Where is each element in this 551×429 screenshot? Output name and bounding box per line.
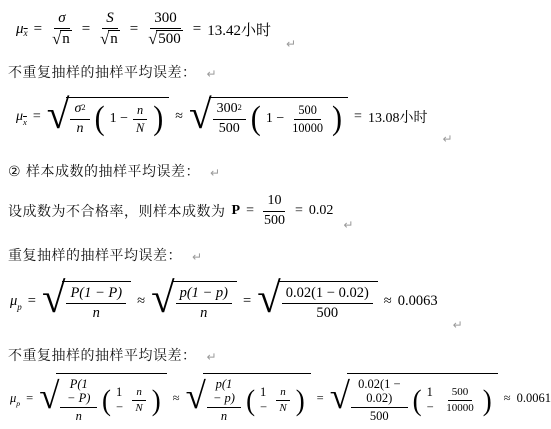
denominator: n — [72, 408, 86, 423]
equals-sign: = — [33, 21, 43, 38]
square-root: √ σ2 n ( 1 − n N ) — [47, 97, 169, 136]
radical-icon: √ — [151, 282, 174, 316]
approx-sign: ≈ — [174, 109, 184, 125]
numerator: p(1 − p) — [176, 285, 232, 304]
equals-sign: = — [245, 203, 255, 219]
return-mark-icon: ↵ — [343, 219, 353, 233]
fraction: 10 500 — [260, 193, 289, 228]
return-mark-icon: ↵ — [453, 319, 463, 333]
fraction: S √n — [96, 10, 124, 49]
mu-symbol: μp — [10, 293, 22, 310]
one-minus: 1 − — [427, 385, 439, 415]
radicand: 500 — [156, 30, 183, 48]
equals-sign: = — [242, 293, 252, 310]
square-root: √ p(1 − p) n ( 1 − n N ) — [186, 373, 311, 423]
mu-glyph: μ — [16, 109, 23, 125]
mu-symbol: μx — [16, 109, 27, 125]
numerator-base: σ — [74, 101, 81, 117]
radical-icon: √ — [330, 381, 350, 411]
mu-subscript: p — [17, 303, 22, 312]
numerator: 0.02(1 − 0.02) — [351, 377, 408, 408]
fraction: P(1 − P) n — [60, 377, 97, 423]
radicand: n — [60, 30, 72, 48]
exponent: 2 — [81, 104, 85, 112]
radical-icon: √ — [39, 381, 59, 411]
result-value: 13.42小时 — [207, 19, 271, 40]
proportion-definition-line: 设成数为不合格率，则样本成数为 P = 10 500 = 0.02 ↵ — [8, 189, 551, 233]
heading-item2-proportion: ② 样本成数的抽样平均误差： ↵ — [8, 161, 551, 181]
fraction: n N — [275, 386, 290, 414]
radicand: n — [108, 30, 120, 48]
numerator: P(1 − P) — [66, 285, 126, 304]
return-mark-icon: ↵ — [442, 133, 452, 147]
one-minus: 1 − — [266, 111, 284, 127]
denominator: n — [217, 408, 231, 423]
return-mark-icon: ↵ — [207, 351, 217, 365]
radical-icon: √ — [257, 282, 280, 316]
numerator: σ — [54, 10, 69, 29]
right-paren: ) — [151, 389, 162, 410]
approx-sign: ≈ — [136, 293, 146, 310]
small-radical: √500 — [148, 30, 183, 48]
numerator: S — [102, 10, 118, 29]
right-paren: ) — [152, 107, 164, 131]
left-paren: ( — [245, 389, 256, 410]
numerator: n — [133, 103, 147, 119]
denominator: 500 — [366, 408, 393, 423]
result-value: 13.08小时 — [368, 107, 428, 127]
mu-glyph: μ — [16, 21, 24, 38]
heading-no-repeat-proportion: 不重复抽样的抽样平均误差： ↵ — [8, 345, 551, 365]
numerator: 500 — [448, 386, 473, 401]
approx-sign: ≈ — [383, 293, 393, 310]
numerator: P(1 − P) — [60, 377, 97, 408]
numerator: 0.02(1 − 0.02) — [282, 285, 373, 304]
denominator: 500 — [215, 120, 244, 137]
radical-icon: √ — [189, 98, 212, 131]
fraction: σ2 n — [70, 101, 89, 136]
equals-sign: = — [27, 293, 37, 310]
denominator: 10000 — [442, 401, 478, 415]
approx-sign: ≈ — [172, 391, 181, 406]
radical-icon: √ — [186, 381, 206, 411]
numerator: p(1 − p) — [207, 377, 241, 408]
return-mark-icon: ↵ — [210, 167, 220, 181]
square-root: √ P(1 − P) n ( 1 − n N ) — [39, 373, 166, 423]
fraction: 300 √500 — [144, 10, 187, 49]
return-mark-icon: ↵ — [192, 251, 202, 265]
mu-symbol: μx — [16, 21, 28, 38]
equals-sign: = — [32, 109, 42, 125]
mu-subscript: x — [24, 30, 28, 39]
heading-text: 不重复抽样的抽样平均误差： — [8, 345, 197, 365]
proportion-symbol: P — [232, 203, 241, 219]
sentence-text: 设成数为不合格率，则样本成数为 — [8, 201, 226, 221]
denominator: N — [275, 401, 290, 415]
mu-glyph: μ — [10, 293, 17, 310]
radical-icon: √ — [42, 282, 65, 316]
return-mark-icon: ↵ — [286, 38, 296, 52]
fraction: 500 10000 — [442, 386, 478, 414]
heading-no-repeat-mean: 不重复抽样的抽样平均误差： ↵ — [8, 62, 551, 82]
left-paren: ( — [101, 389, 112, 410]
mu-symbol: μp — [10, 391, 20, 406]
equals-sign: = — [353, 109, 363, 125]
approx-sign: ≈ — [503, 391, 512, 406]
numerator: 300 — [150, 10, 181, 29]
fraction: p(1 − p) n — [176, 285, 232, 321]
return-mark-icon: ↵ — [207, 68, 217, 82]
fraction: 0.02(1 − 0.02) 500 — [351, 377, 408, 423]
fraction: 500 10000 — [288, 103, 327, 134]
exponent: 2 — [238, 104, 242, 112]
left-paren: ( — [250, 107, 262, 131]
numerator-base: 300 — [217, 101, 238, 117]
denominator: n — [73, 120, 88, 137]
equals-sign: = — [129, 21, 139, 38]
numerator: n — [132, 386, 146, 401]
denominator: 500 — [260, 212, 289, 229]
denominator: 10000 — [288, 120, 327, 135]
formula-prop-no-repeat: μp = √ P(1 − P) n ( 1 − n N ) ≈ √ — [10, 368, 551, 428]
equals-sign: = — [294, 203, 304, 219]
heading-text: 不重复抽样的抽样平均误差： — [8, 62, 197, 82]
denominator: n — [196, 304, 211, 322]
fraction: n N — [131, 386, 146, 414]
square-root: √ P(1 − P) n — [42, 281, 131, 321]
fraction: p(1 − p) n — [207, 377, 241, 423]
one-minus: 1 − — [110, 111, 128, 127]
square-root: √ 0.02(1 − 0.02) 500 — [257, 281, 378, 321]
numerator: n — [276, 386, 290, 401]
square-root: √ 3002 500 ( 1 − 500 10000 ) — [189, 97, 348, 136]
one-minus: 1 − — [116, 385, 127, 415]
denominator: N — [131, 401, 146, 415]
result-value: 0.02 — [309, 203, 334, 219]
equals-sign: = — [316, 391, 325, 406]
fraction: 0.02(1 − 0.02) 500 — [282, 285, 373, 321]
small-radical: √n — [52, 30, 72, 48]
fraction: σ √n — [48, 10, 76, 49]
result-value: 0.0061 — [517, 391, 551, 406]
denominator: n — [89, 304, 104, 322]
equals-sign: = — [81, 21, 91, 38]
fraction: n N — [132, 103, 148, 134]
radical-icon: √ — [47, 98, 70, 131]
equals-sign: = — [192, 21, 202, 38]
square-root: √ 0.02(1 − 0.02) 500 ( 1 − 500 10000 ) — [330, 373, 498, 423]
left-paren: ( — [412, 389, 423, 410]
one-minus: 1 − — [260, 385, 271, 415]
small-radical: √n — [100, 30, 120, 48]
document-page: μx = σ √n = S √n = 300 √500 = 13.42小时 ↵ … — [0, 0, 551, 429]
right-paren: ) — [295, 389, 306, 410]
square-root: √ p(1 − p) n — [151, 281, 237, 321]
fraction: P(1 − P) n — [66, 285, 126, 321]
heading-repeat-proportion: 重复抽样的抽样平均误差： ↵ — [8, 245, 551, 265]
left-paren: ( — [94, 107, 106, 131]
formula-prop-repeat: μp = √ P(1 − P) n ≈ √ p(1 − p) n = √ — [10, 269, 551, 333]
equals-sign: = — [25, 391, 34, 406]
denominator: 500 — [312, 304, 342, 322]
right-paren: ) — [331, 107, 343, 131]
heading-text: 重复抽样的抽样平均误差： — [8, 245, 182, 265]
denominator: N — [132, 120, 148, 135]
mu-subscript: p — [16, 400, 20, 408]
result-value: 0.0063 — [398, 293, 438, 310]
numerator: 10 — [263, 193, 285, 211]
fraction: 3002 500 — [213, 101, 246, 136]
right-paren: ) — [482, 389, 493, 410]
formula-mean-repeated: μx = σ √n = S √n = 300 √500 = 13.42小时 ↵ — [16, 6, 551, 52]
mu-subscript: x — [23, 118, 27, 127]
heading-text: ② 样本成数的抽样平均误差： — [8, 161, 200, 181]
formula-mean-no-repeat: μx = √ σ2 n ( 1 − n N ) ≈ √ — [16, 87, 551, 147]
numerator: 500 — [294, 103, 320, 119]
